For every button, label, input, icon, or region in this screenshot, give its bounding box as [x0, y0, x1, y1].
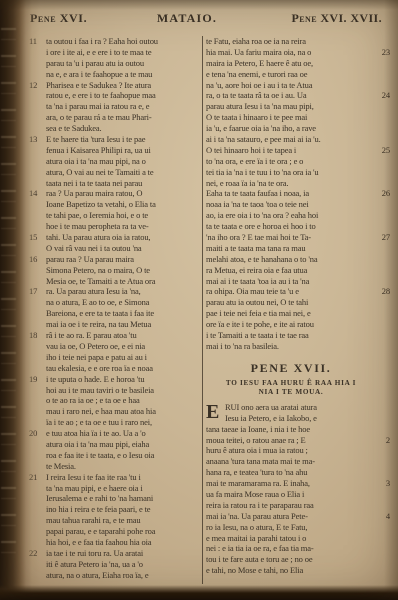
verse-text: na e, e ara i te faahopue a te mau: [46, 69, 200, 80]
verse-text: te Mesia.: [46, 461, 200, 472]
verse-text: e tahi, no Mose e tahi, no Elia: [206, 565, 376, 576]
book-page-photo: Pene XVI. MATAIO. Pene XVI. XVII. 11ta o…: [0, 0, 398, 600]
verse-text: te tahi pae, o Ieremia hoi, e o te: [46, 210, 200, 221]
verse-number: [29, 199, 46, 210]
verse-text: nei : e ia tia ia oe ra, e faa tia ma-: [206, 543, 376, 554]
verse-number: [29, 406, 46, 417]
running-header: Pene XVI. MATAIO. Pene XVI. XVII.: [28, 11, 386, 25]
verse-text: Eaha ta te taata faufaa i noaa, ia: [206, 188, 376, 199]
verse-number: [29, 265, 46, 276]
verse-number: [376, 308, 390, 319]
verse-text: O te taata i hinaaro i te pee mai: [206, 112, 376, 123]
text-line: parau atura Iesu i ta 'na mau pipi,: [206, 101, 390, 112]
verse-number: [29, 504, 46, 515]
text-line: hoi au i te mau taviri o te basileia: [29, 385, 200, 396]
top-edge-shadow: [0, 0, 398, 10]
text-line: maiti a te taata ma tana ra mau: [206, 243, 390, 254]
text-line: na 'u, aore hoi oe i au i ta te Atua: [206, 80, 390, 91]
text-line: 14raa ? Ua parau maira ratou, O: [29, 188, 200, 199]
text-line: iho i teie nei papa e patu ai au i: [29, 352, 200, 363]
verse-number: 14: [29, 188, 46, 199]
verse-text: Pharisea e te Sadukea ? Ite atura: [46, 80, 200, 91]
verse-number: [29, 297, 46, 308]
verse-number: [29, 123, 46, 134]
verse-text: tahi. Ua parau atura oia ia ratou,: [46, 232, 200, 243]
verse-number: [376, 36, 390, 47]
text-line: Ioane Bapetizo ta vetahi, o Elia ta: [29, 199, 200, 210]
text-line: hana ra, e teatea 'tura to 'na ahu: [206, 467, 390, 478]
verse-number: [29, 526, 46, 537]
verse-text: e mea maitai ia parahi tatou i o: [206, 533, 376, 544]
text-line: 21I reira Iesu i te faa ite raa 'tu i: [29, 472, 200, 483]
text-line: atura oia i ta 'na mau pipi, na o: [29, 156, 200, 167]
verse-number: [376, 413, 390, 424]
text-line: to 'na ora, e ere ïa i te ora ; e o: [206, 156, 390, 167]
verse-number: 11: [29, 36, 46, 47]
verse-text: te Fatu, eiaha roa oe ia na reira: [206, 36, 376, 47]
verse-text: parau atura Iesu i ta 'na mau pipi,: [206, 101, 376, 112]
text-line: te Mesia.: [29, 461, 200, 472]
verse-text: tei tia ia 'na i te tuu i to 'na ora ia …: [206, 167, 376, 178]
text-line: atura, O vai au nei te Tamaiti a te: [29, 167, 200, 178]
verse-number: 24: [376, 90, 390, 101]
chapter17-verse1-block: E RUI ono aera ua aratai aturaIesu ia Pe…: [206, 402, 390, 576]
verse-text: O tei hinaaro hoi i te tapea i: [206, 145, 376, 156]
text-line: tei tia ia 'na i te tuu i to 'na ora ia …: [206, 167, 390, 178]
verse-text: to 'na ora, e ere ïa i te ora ; e o: [206, 156, 376, 167]
verse-number: [29, 385, 46, 396]
chapter-subtitle-line2: NIA I TE MOUA.: [206, 388, 390, 398]
text-line: i te Tamaiti a te taata i te tae raa: [206, 330, 390, 341]
verse-text: tau ekalesia, e e ore roa ïa e noaa: [46, 363, 200, 374]
text-line: atura, na o atura, Eiaha roa ïa, e: [29, 570, 200, 581]
verse-text: i ore i ite ai, e e ere i to te maa te: [46, 47, 200, 58]
verse-text: hoi au i te mau taviri o te basileia: [46, 385, 200, 396]
text-line: 12Pharisea e te Sadukea ? Ite atura: [29, 80, 200, 91]
verse-text: I reira Iesu i te faa ite raa 'tu i: [46, 472, 200, 483]
text-line: ta 'na mau pipi, e e haere oia i: [29, 483, 200, 494]
running-header-right: Pene XVI. XVII.: [292, 11, 382, 26]
chapter-subtitle-line1: TO IESU FAA HURU Ê RAA HIA I: [206, 379, 390, 389]
verse-number: [376, 522, 390, 533]
verse-number: [376, 210, 390, 221]
verse-text: reira ia ratou ra i te paraparau raa: [206, 500, 376, 511]
verse-number: [29, 90, 46, 101]
text-line: papai parau, e e taparahi pohe roa: [29, 526, 200, 537]
verse-number: [29, 221, 46, 232]
verse-number: [29, 439, 46, 450]
verse-number: [376, 297, 390, 308]
verse-number: [376, 500, 390, 511]
text-line: O tei hinaaro hoi i te tapea i25: [206, 145, 390, 156]
verse-text: tana taeae ia Ioane, i nia i te hoe: [206, 424, 376, 435]
text-line: ratou e, e ere i to te faahopue maa: [29, 90, 200, 101]
verse-number: [29, 112, 46, 123]
text-line: mai i to 'na ra basileia.: [206, 341, 390, 352]
verse-number: [376, 330, 390, 341]
text-line: Simona Petero, na o maira, O te: [29, 265, 200, 276]
verse-text: Bareiona, e ere ta te taata i faa ite: [46, 308, 200, 319]
verse-text: atura, na o atura, Eiaha roa ïa, e: [46, 570, 200, 581]
text-line: ra, o ta te taata râ ta oe i au. Ua24: [206, 90, 390, 101]
drop-cap: E: [206, 402, 219, 423]
text-line: tou i te fare auta e toru ae ; no oe: [206, 554, 390, 565]
text-line: mau tahua rarahi ra, e te mau: [29, 515, 200, 526]
verse-number: [29, 319, 46, 330]
verse-number: [376, 112, 390, 123]
text-line: taata nei i ta te taata nei parau: [29, 178, 200, 189]
text-line: ore ïa e ite i te pohe, e ite ai ratou: [206, 319, 390, 330]
verse-number: [29, 537, 46, 548]
verse-text: ra ohipa. Oia mau teie ta 'u e: [206, 286, 376, 297]
verse-number: 20: [29, 428, 46, 439]
verse-text: Ioane Bapetizo ta vetahi, o Elia ta: [46, 199, 200, 210]
verse-number: 28: [376, 286, 390, 297]
verse-text: e tuu atoa hia ïa i te ao. Ua a 'o: [46, 428, 200, 439]
text-line: te tahi pae, o Ieremia hoi, e o te: [29, 210, 200, 221]
verse-number: [376, 533, 390, 544]
verse-number: 23: [376, 47, 390, 58]
text-line: sea e te Sadukea.: [29, 123, 200, 134]
verse-number: [29, 559, 46, 570]
text-line: mai ia oe i te reira, na tau Metua: [29, 319, 200, 330]
verse-number: [29, 178, 46, 189]
text-line: ïa i te ao ; e ta oe e tuu i raro nei,: [29, 417, 200, 428]
text-line: 19i te uputa o hade. E e horoa 'tu: [29, 374, 200, 385]
text-line: RUI ono aera ua aratai atura: [206, 402, 390, 413]
verse-number: [29, 167, 46, 178]
verse-number: [376, 134, 390, 145]
verse-number: [376, 543, 390, 554]
text-line: ao, ia ere oia i to 'na ora ? eaha hoi: [206, 210, 390, 221]
text-line: 17ra. Ua parau atura Iesu ia 'na,: [29, 286, 200, 297]
verse-number: 19: [29, 374, 46, 385]
verse-number: [29, 47, 46, 58]
verse-text: i te uputa o hade. E e horoa 'tu: [46, 374, 200, 385]
verse-text: na o atura, E ao to oe, e Simona: [46, 297, 200, 308]
text-line: pae i teie nei feia e tia mai nei, e: [206, 308, 390, 319]
text-line: mai ia 'na. Ua parau atura Pete-4: [206, 511, 390, 522]
text-line: iti ê atura Petero ia 'na, ua a 'o: [29, 559, 200, 570]
verse-text: ra. Ua parau atura Iesu ia 'na,: [46, 286, 200, 297]
facing-page-edge-fragments: [1, 28, 16, 568]
text-line: melahi atoa, e te hanahana o to 'na: [206, 254, 390, 265]
verse-text: ra, o ta te taata râ ta oe i au. Ua: [206, 90, 376, 101]
text-line: ro ia Iesu, na o atura, E te Fatu,: [206, 522, 390, 533]
verse-text: tou i te fare auta e toru ae ; no oe: [206, 554, 376, 565]
text-line: e tena 'na enemi, e turori raa oe: [206, 69, 390, 80]
verse-text: papai parau, e e taparahi pohe roa: [46, 526, 200, 537]
verse-text: ore ïa e ite i te pohe, e ite ai ratou: [206, 319, 376, 330]
verse-text: E te haere tia 'tura Iesu i te pae: [46, 134, 200, 145]
text-line: 18râ i te ao ra. E parau atoa 'tu: [29, 330, 200, 341]
verse-text: hia mai. Ua fariu maira oia, na o: [206, 47, 376, 58]
verse-text: i te Tamaiti a te taata i te tae raa: [206, 330, 376, 341]
verse-text: O vai râ vau nei i ta outou 'na: [46, 243, 200, 254]
text-line: Ierusalema e e rahi to 'na hamani: [29, 493, 200, 504]
verse-number: [376, 156, 390, 167]
verse-number: [29, 156, 46, 167]
verse-number: [29, 341, 46, 352]
verse-number: [29, 276, 46, 287]
verse-number: [29, 308, 46, 319]
text-line: noaa ia 'na te taoa 'toa o teie nei: [206, 199, 390, 210]
verse-number: 27: [376, 232, 390, 243]
verse-number: 26: [376, 188, 390, 199]
text-line: hia mai. Ua fariu maira oia, na o23: [206, 47, 390, 58]
verse-text: sea e te Sadukea.: [46, 123, 200, 134]
verse-text: maira ia Petero, E haere ê atu oe,: [206, 58, 376, 69]
verse-number: [376, 424, 390, 435]
verse-text: taata nei i ta te taata nei parau: [46, 178, 200, 189]
text-line: moua teitei, o ratou anae ra ; E2: [206, 435, 390, 446]
verse-number: [376, 254, 390, 265]
text-line: mau i raro nei, e haa mau atoa hia: [29, 406, 200, 417]
text-line: 22ia tae i te rui toru ra. Ua aratai: [29, 548, 200, 559]
verse-text: ta 'na mau pipi, e e haere oia i: [46, 483, 200, 494]
verse-number: [29, 450, 46, 461]
verse-text: ia tae i te rui toru ra. Ua aratai: [46, 548, 200, 559]
verse-text: atura oia i ta 'na mau pipi, na o: [46, 156, 200, 167]
text-line: 'na iho ora ? E tae mai hoi te Ta-27: [206, 232, 390, 243]
text-line: nei : e ia tia ia oe ra, e faa tia ma-: [206, 543, 390, 554]
text-line: nei, e roaa ïa ia 'na te ora.: [206, 178, 390, 189]
verse-text: huru ê atura oia i mua ia ratou ;: [206, 445, 376, 456]
verse-text: mai ia 'na. Ua parau atura Pete-: [206, 511, 376, 522]
text-line: i ore i ite ai, e e ere i to te maa te: [29, 47, 200, 58]
verse-text: maiti a te taata ma tana ra mau: [206, 243, 376, 254]
verse-number: [376, 243, 390, 254]
verse-text: mai ai i te taata 'toa ia au i ta 'na: [206, 276, 376, 287]
text-line: ai i ta 'na satauro, e pee mai ai ia 'u.: [206, 134, 390, 145]
text-line: ta 'na i parau mai ia ratou ra e, e: [29, 101, 200, 112]
text-line: e mea maitai ia parahi tatou i o: [206, 533, 390, 544]
bottom-page-edge: [0, 585, 398, 600]
text-line: huru ê atura oia i mua ia ratou ;: [206, 445, 390, 456]
verse-number: [29, 243, 46, 254]
text-line: 20e tuu atoa hia ïa i te ao. Ua a 'o: [29, 428, 200, 439]
text-line: roa e faa ite i te taata, e o Iesu oia: [29, 450, 200, 461]
text-line: ino hia i reira e te feia paari, e te: [29, 504, 200, 515]
text-line: maira ia Petero, E haere ê atu oe,: [206, 58, 390, 69]
verse-text: nei, e roaa ïa ia 'na te ora.: [206, 178, 376, 189]
chapter-heading: PENE XVII.: [206, 361, 390, 376]
verse-number: [29, 58, 46, 69]
verse-text: ta 'na i parau mai ia ratou ra e, e: [46, 101, 200, 112]
verse-text: parau raa ? Ua parau maira: [46, 254, 200, 265]
text-line: 16parau raa ? Ua parau maira: [29, 254, 200, 265]
verse-number: 12: [29, 80, 46, 91]
verse-text: iho i teie nei papa e patu ai au i: [46, 352, 200, 363]
text-line: O te taata i hinaaro i te pee mai: [206, 112, 390, 123]
left-column-lines: 11ta outou i faa i ra ? Eaha hoi outoui …: [29, 36, 200, 581]
verse-number: 21: [29, 472, 46, 483]
verse-text: ino hia i reira e te feia paari, e te: [46, 504, 200, 515]
verse-number: [376, 69, 390, 80]
text-line: e tahi, no Mose e tahi, no Elia: [206, 565, 390, 576]
verse-number: [376, 456, 390, 467]
verse-number: 13: [29, 134, 46, 145]
verse-number: [29, 417, 46, 428]
text-line: o te ao ra ia oe ; e ta oe e haa: [29, 395, 200, 406]
verse-number: [29, 395, 46, 406]
verse-text: ara, o te parau rá a te mau Phari-: [46, 112, 200, 123]
verse-text: Simona Petero, na o maira, O te: [46, 265, 200, 276]
text-line: atura oia i ta 'na mau pipi, eiaha: [29, 439, 200, 450]
verse-number: 22: [29, 548, 46, 559]
text-line: Eaha ta te taata faufaa i noaa, ia26: [206, 188, 390, 199]
verse-text: mai ia oe i te reira, na tau Metua: [46, 319, 200, 330]
text-line: tau ekalesia, e e ore roa ïa e noaa: [29, 363, 200, 374]
verse-text: râ i te ao ra. E parau atoa 'tu: [46, 330, 200, 341]
verse-number: 25: [376, 145, 390, 156]
verse-text: fenua i Kaisarea Philipi ra, ua ui: [46, 145, 200, 156]
verse-text: 'na iho ora ? E tae mai hoi te Ta-: [206, 232, 376, 243]
right-text-column: te Fatu, eiaha roa oe ia na reirahia mai…: [206, 36, 390, 576]
text-line: ta te taata e ore e horoa ei hoo i to: [206, 221, 390, 232]
verse-text: ro ia Iesu, na o atura, E te Fatu,: [206, 522, 376, 533]
verse-number: [376, 319, 390, 330]
verse-text: na 'u, aore hoi oe i au i ta te Atua: [206, 80, 376, 91]
verse-text: mai i to 'na ra basileia.: [206, 341, 376, 352]
verse-number: [376, 221, 390, 232]
text-line: hoe i te mau peropheta ra ta ve-: [29, 221, 200, 232]
verse-text: Mesia oe, te Tamaiti a te Atua ora: [46, 276, 200, 287]
verse-text: hana ra, e teatea 'tura to 'na ahu: [206, 467, 376, 478]
text-line: te Fatu, eiaha roa oe ia na reira: [206, 36, 390, 47]
text-line: anaana 'tura tana mata mai te ma-: [206, 456, 390, 467]
verse-text: Iesu ia Petero, e ia Iakobo, e: [206, 413, 376, 424]
verse-number: 16: [29, 254, 46, 265]
verse-text: ratou e, e ere i to te faahopue maa: [46, 90, 200, 101]
right-column-lines-after: RUI ono aera ua aratai aturaIesu ia Pete…: [206, 402, 390, 576]
verse-text: e tena 'na enemi, e turori raa oe: [206, 69, 376, 80]
verse-number: 17: [29, 286, 46, 297]
verse-text: vau ia oe, O Petero oe, e ei nia: [46, 341, 200, 352]
text-line: vau ia oe, O Petero oe, e ei nia: [29, 341, 200, 352]
verse-number: [29, 145, 46, 156]
verse-text: moua teitei, o ratou anae ra ; E: [206, 435, 376, 446]
verse-number: [29, 363, 46, 374]
verse-text: melahi atoa, e te hanahana o to 'na: [206, 254, 376, 265]
text-line: Iesu ia Petero, e ia Iakobo, e: [206, 413, 390, 424]
verse-text: mau i raro nei, e haa mau atoa hia: [46, 406, 200, 417]
verse-number: [29, 461, 46, 472]
column-divider-rule: [202, 36, 203, 584]
text-line: na o atura, E ao to oe, e Simona: [29, 297, 200, 308]
text-line: 11ta outou i faa i ra ? Eaha hoi outou: [29, 36, 200, 47]
verse-number: [376, 123, 390, 134]
verse-text: Ierusalema e e rahi to 'na hamani: [46, 493, 200, 504]
verse-number: [376, 265, 390, 276]
verse-number: 2: [376, 435, 390, 446]
verse-number: 3: [376, 478, 390, 489]
verse-number: [376, 167, 390, 178]
text-line: na e, e ara i te faahopue a te mau: [29, 69, 200, 80]
verse-number: [29, 515, 46, 526]
text-line: Mesia oe, te Tamaiti a te Atua ora: [29, 276, 200, 287]
text-line: hia hoi, e e faa tia faahou hia oia: [29, 537, 200, 548]
verse-number: [376, 58, 390, 69]
text-line: ra ohipa. Oia mau teie ta 'u e28: [206, 286, 390, 297]
verse-text: roa e faa ite i te taata, e o Iesu oia: [46, 450, 200, 461]
text-line: parau ta 'u i parau atu ia outou: [29, 58, 200, 69]
verse-number: [29, 210, 46, 221]
verse-text: atura, O vai au nei te Tamaiti a te: [46, 167, 200, 178]
verse-text: noaa ia 'na te taoa 'toa o teie nei: [206, 199, 376, 210]
verse-number: [376, 178, 390, 189]
text-line: tana taeae ia Ioane, i nia i te hoe: [206, 424, 390, 435]
verse-text: ïa i te ao ; e ta oe e tuu i raro nei,: [46, 417, 200, 428]
verse-text: mai te maramarama ra. E inaha,: [206, 478, 376, 489]
right-column-lines-before: te Fatu, eiaha roa oe ia na reirahia mai…: [206, 36, 390, 352]
verse-text: ta outou i faa i ra ? Eaha hoi outou: [46, 36, 200, 47]
text-line: parau atu ia outou nei, O te tahi: [206, 297, 390, 308]
verse-number: [29, 101, 46, 112]
text-line: fenua i Kaisarea Philipi ra, ua ui: [29, 145, 200, 156]
verse-text: ta te taata e ore e horoa ei hoo i to: [206, 221, 376, 232]
verse-number: [376, 341, 390, 352]
left-text-column: 11ta outou i faa i ra ? Eaha hoi outoui …: [29, 36, 200, 581]
verse-number: [376, 489, 390, 500]
text-line: ia 'u, e faarue oia ia 'na iho, a rave: [206, 123, 390, 134]
verse-text: ua fa maira Mose raua o Elia i: [206, 489, 376, 500]
verse-text: RUI ono aera ua aratai atura: [206, 402, 376, 413]
text-line: 15tahi. Ua parau atura oia ia ratou,: [29, 232, 200, 243]
verse-text: raa ? Ua parau maira ratou, O: [46, 188, 200, 199]
text-line: Bareiona, e ere ta te taata i faa ite: [29, 308, 200, 319]
text-line: ra Metua, ei reira oia e faa utua: [206, 265, 390, 276]
verse-number: [376, 565, 390, 576]
verse-number: [29, 352, 46, 363]
verse-text: ia 'u, e faarue oia ia 'na iho, a rave: [206, 123, 376, 134]
verse-number: [376, 554, 390, 565]
text-line: reira ia ratou ra i te paraparau raa: [206, 500, 390, 511]
verse-number: 4: [376, 511, 390, 522]
text-line: O vai râ vau nei i ta outou 'na: [29, 243, 200, 254]
verse-text: parau ta 'u i parau atu ia outou: [46, 58, 200, 69]
text-line: mai ai i te taata 'toa ia au i ta 'na: [206, 276, 390, 287]
verse-text: pae i teie nei feia e tia mai nei, e: [206, 308, 376, 319]
verse-text: hia hoi, e e faa tia faahou hia oia: [46, 537, 200, 548]
verse-text: o te ao ra ia oe ; e ta oe e haa: [46, 395, 200, 406]
verse-text: hoe i te mau peropheta ra ta ve-: [46, 221, 200, 232]
verse-text: mau tahua rarahi ra, e te mau: [46, 515, 200, 526]
verse-number: 15: [29, 232, 46, 243]
text-line: 13E te haere tia 'tura Iesu i te pae: [29, 134, 200, 145]
verse-number: [376, 467, 390, 478]
verse-number: [376, 101, 390, 112]
verse-number: [29, 483, 46, 494]
verse-number: [376, 80, 390, 91]
verse-text: iti ê atura Petero ia 'na, ua a 'o: [46, 559, 200, 570]
text-line: ara, o te parau rá a te mau Phari-: [29, 112, 200, 123]
verse-text: ao, ia ere oia i to 'na ora ? eaha hoi: [206, 210, 376, 221]
verse-text: atura oia i ta 'na mau pipi, eiaha: [46, 439, 200, 450]
verse-number: [29, 570, 46, 581]
verse-text: parau atu ia outou nei, O te tahi: [206, 297, 376, 308]
verse-number: [29, 493, 46, 504]
verse-number: 18: [29, 330, 46, 341]
verse-number: [376, 199, 390, 210]
verse-number: [376, 276, 390, 287]
verse-number: [376, 402, 390, 413]
verse-text: anaana 'tura tana mata mai te ma-: [206, 456, 376, 467]
verse-number: [376, 445, 390, 456]
text-line: mai te maramarama ra. E inaha,3: [206, 478, 390, 489]
verse-text: ai i ta 'na satauro, e pee mai ai ia 'u.: [206, 134, 376, 145]
verse-number: [29, 69, 46, 80]
